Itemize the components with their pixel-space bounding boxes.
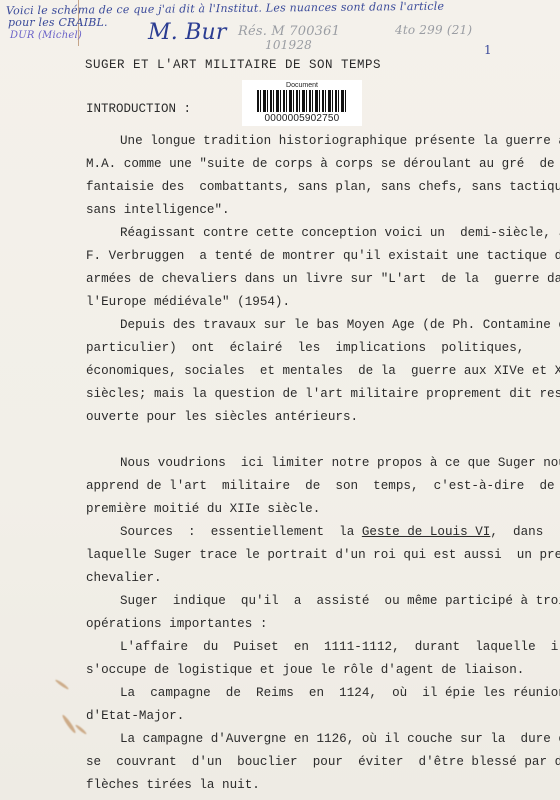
paper-stain bbox=[61, 714, 77, 734]
sources-lead: Sources : essentiellement la bbox=[120, 525, 354, 539]
paper-stain bbox=[75, 724, 88, 735]
text-line: F. Verbruggen a tenté de montrer qu'il e… bbox=[86, 248, 530, 264]
text-line: s'occupe de logistique et joue le rôle d… bbox=[86, 662, 530, 678]
text-line: Suger indique qu'il a assisté ou même pa… bbox=[86, 593, 530, 609]
text-line: économiques, sociales et mentales de la … bbox=[86, 363, 530, 379]
text-line: apprend de l'art militaire de son temps,… bbox=[86, 478, 530, 494]
text-line: première moitié du XIIe siècle. bbox=[86, 501, 530, 517]
section-heading: INTRODUCTION : bbox=[86, 102, 191, 116]
text-line: Une longue tradition historiographique p… bbox=[86, 133, 530, 149]
barcode-icon bbox=[257, 90, 347, 112]
text-line: siècles; mais la question de l'art milit… bbox=[86, 386, 530, 402]
text-line: La campagne de Reims en 1124, où il épie… bbox=[86, 685, 530, 701]
text-line: M.A. comme une "suite de corps à corps s… bbox=[86, 156, 530, 172]
text-line: ouverte pour les siècles antérieurs. bbox=[86, 409, 530, 425]
catalog-reference-2: 101928 bbox=[265, 38, 312, 52]
text-line: opérations importantes : bbox=[86, 616, 530, 632]
barcode-label: Document 0000005902750 bbox=[242, 80, 362, 126]
text-line: flèches tirées la nuit. bbox=[86, 777, 530, 793]
text-line: particulier) ont éclairé les implication… bbox=[86, 340, 530, 356]
text-line-sources: Sources : essentiellement la Geste de Lo… bbox=[86, 524, 530, 540]
sources-tail: , dans bbox=[490, 525, 543, 539]
paper-stain bbox=[55, 679, 70, 691]
text-line: La campagne d'Auvergne en 1126, où il co… bbox=[86, 731, 530, 747]
handwritten-signature: M. Bur bbox=[148, 20, 227, 45]
text-line: sans intelligence". bbox=[86, 202, 530, 218]
text-line: L'affaire du Puiset en 1111-1112, durant… bbox=[86, 639, 530, 655]
page-number: 1 bbox=[484, 43, 492, 57]
text-line: Depuis des travaux sur le bas Moyen Age … bbox=[86, 317, 530, 333]
barcode-number: 0000005902750 bbox=[265, 113, 340, 124]
text-line: fantaisie des combattants, sans plan, sa… bbox=[86, 179, 530, 195]
catalog-reference-1: Rés. M 700361 bbox=[238, 24, 340, 39]
text-line: Réagissant contre cette conception voici… bbox=[86, 225, 530, 241]
text-line: armées de chevaliers dans un livre sur "… bbox=[86, 271, 530, 287]
handwritten-note-line-2: pour les CRAIBL. bbox=[8, 16, 108, 29]
document-page: Voici le schéma de ce que j'ai dit à l'I… bbox=[0, 0, 560, 800]
text-line: d'Etat-Major. bbox=[86, 708, 530, 724]
handwritten-note-line-1: Voici le schéma de ce que j'ai dit à l'I… bbox=[6, 0, 444, 17]
handwritten-author-name: DUR (Michel) bbox=[10, 30, 82, 41]
cited-work-title: Geste de Louis VI bbox=[362, 525, 490, 539]
barcode-caption: Document bbox=[286, 82, 318, 89]
text-line: chevalier. bbox=[86, 570, 530, 586]
text-line: Nous voudrions ici limiter notre propos … bbox=[86, 455, 530, 471]
text-line: laquelle Suger trace le portrait d'un ro… bbox=[86, 547, 530, 563]
text-line: l'Europe médiévale" (1954). bbox=[86, 294, 530, 310]
document-title: SUGER ET L'ART MILITAIRE DE SON TEMPS bbox=[85, 58, 381, 72]
text-line: se couvrant d'un bouclier pour éviter d'… bbox=[86, 754, 530, 770]
catalog-reference-3: 4to 299 (21) bbox=[395, 23, 472, 37]
